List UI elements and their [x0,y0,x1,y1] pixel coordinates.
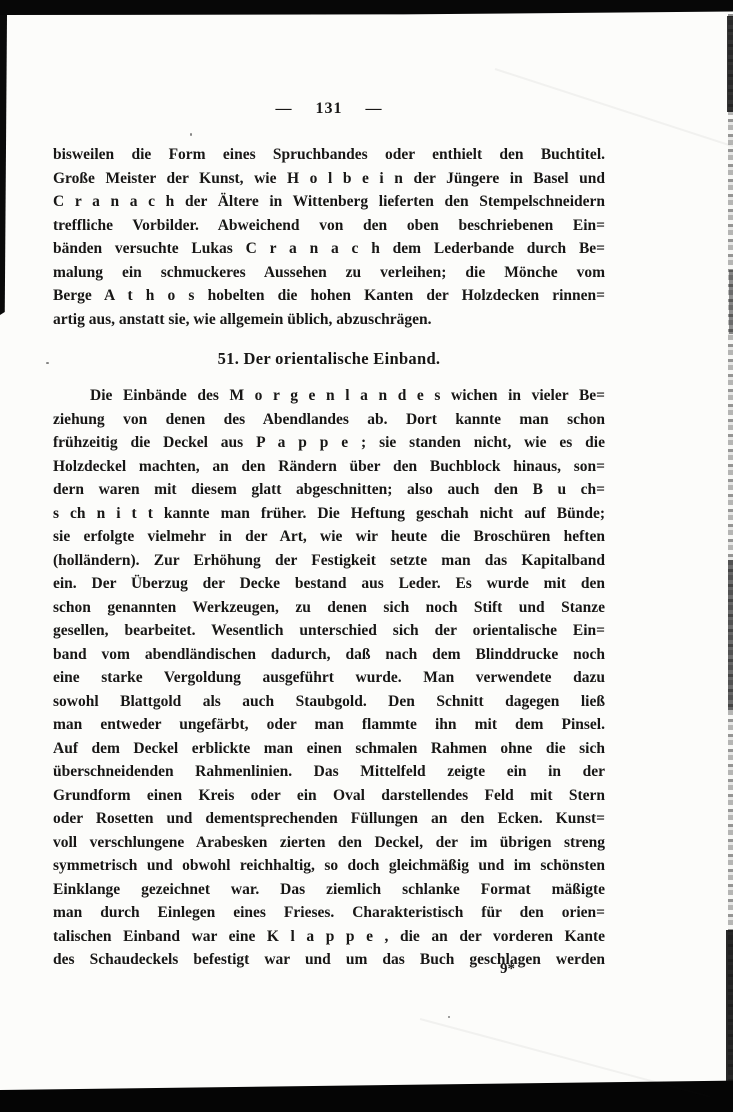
text-line: malung ein schmuckeres Aussehen zu verle… [53,261,605,285]
text-line: C r a n a c h der Ältere in Wittenberg l… [53,190,605,214]
scan-edge-right-patch [729,270,733,334]
text-line: symmetrisch und obwohl reichhaltig, so d… [53,854,605,878]
text-line: Grundform einen Kreis oder ein Oval dars… [53,784,605,808]
scan-edge-bottom [0,1076,733,1112]
page-number-header: — 131 — [53,100,605,118]
text-line: talischen Einband war eine K l a p p e ,… [53,925,605,949]
text-line: des Schaudeckels befestigt war und um da… [53,948,605,972]
scan-speck [190,133,192,136]
text-block: bisweilen die Form eines Spruchbandes od… [53,143,605,972]
scan-edge-right-patch [727,16,733,112]
text-line: ziehung von denen des Abendlandes ab. Do… [53,408,605,432]
paragraph-continuation: bisweilen die Form eines Spruchbandes od… [53,143,605,331]
scan-speck [448,1016,450,1018]
text-line: treffliche Vorbilder. Abweichend von den… [53,214,605,238]
text-line: überschneidenden Rahmenlinien. Das Mitte… [53,760,605,784]
text-line: frühzeitig die Deckel aus P a p p e ; si… [53,431,605,455]
text-line: oder Rosetten und dementsprechenden Füll… [53,807,605,831]
text-line: Einklange gezeichnet war. Das ziemlich s… [53,878,605,902]
text-line: Große Meister der Kunst, wie H o l b e i… [53,167,605,191]
section-heading: 51. Der orientalische Einband. [53,347,605,371]
text-line: schon genannten Werkzeugen, zu denen sic… [53,596,605,620]
text-line: dern waren mit diesem glatt abgeschnitte… [53,478,605,502]
text-line: Auf dem Deckel erblickte man einen schma… [53,737,605,761]
text-line: band vom abendländischen dadurch, daß na… [53,643,605,667]
paragraph-oriental-binding: Die Einbände des M o r g e n l a n d e s… [53,384,605,972]
scan-edge-left [0,15,7,315]
scan-edge-right-patch [726,930,733,1090]
text-line: Berge A t h o s hobelten die hohen Kante… [53,284,605,308]
text-line: man entweder ungefärbt, oder man flammte… [53,713,605,737]
text-line: ein. Der Überzug der Decke bestand aus L… [53,572,605,596]
text-line: eine starke Vergoldung ausgeführt wurde.… [53,666,605,690]
scan-edge-right-patch [728,560,733,710]
text-line: bänden versuchte Lukas C r a n a c h dem… [53,237,605,261]
text-line: s ch n i t t kannte man früher. Die Heft… [53,502,605,526]
text-line: sowohl Blattgold als auch Staubgold. Den… [53,690,605,714]
text-line: bisweilen die Form eines Spruchbandes od… [53,143,605,167]
scan-edge-top [0,0,733,16]
text-line: Die Einbände des M o r g e n l a n d e s… [53,384,605,408]
text-line: artig aus, anstatt sie, wie allgemein üb… [53,308,605,332]
text-line: voll verschlungene Arabesken zierten den… [53,831,605,855]
text-line: gesellen, bearbeitet. Wesentlich untersc… [53,619,605,643]
scanned-book-page: — 131 — bisweilen die Form eines Spruchb… [0,0,733,1112]
scan-speck [46,362,49,364]
text-line: (holländern). Zur Erhöhung der Festigkei… [53,549,605,573]
scan-edge-right [728,14,733,1082]
text-line: Holzdeckel machten, an den Rändern über … [53,455,605,479]
text-line: man durch Einlegen eines Frieses. Charak… [53,901,605,925]
text-line: sie erfolgte vielmehr in der Art, wie wi… [53,525,605,549]
signature-mark: 9* [500,961,515,978]
